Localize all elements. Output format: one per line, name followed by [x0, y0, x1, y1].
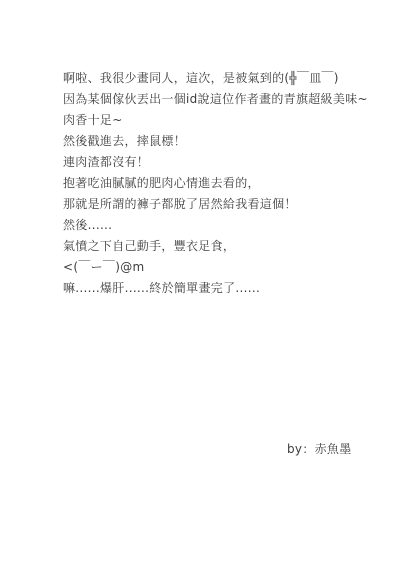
credit-byline: by：赤魚墨: [287, 441, 352, 458]
text-line: 因為某個傢伙丟出一個id說這位作者畫的青旗超級美味~: [63, 89, 368, 110]
text-line: 抱著吃油膩膩的肥肉心情進去看的，: [63, 173, 368, 194]
text-line: <(￣ー￣)@m: [63, 257, 368, 278]
text-line: 嘛......爆肝......終於簡單畫完了......: [63, 278, 368, 299]
text-line: 那就是所謂的褲子都脫了居然給我看這個！: [63, 194, 368, 215]
text-line: 啊啦、我很少畫同人，這次，是被氣到的(╬￣皿￣): [63, 68, 368, 89]
note-page: 啊啦、我很少畫同人，這次，是被氣到的(╬￣皿￣) 因為某個傢伙丟出一個id說這位…: [0, 0, 400, 566]
text-line: 連肉渣都沒有！: [63, 152, 368, 173]
note-text-block: 啊啦、我很少畫同人，這次，是被氣到的(╬￣皿￣) 因為某個傢伙丟出一個id說這位…: [63, 68, 368, 299]
text-line: 然後戳進去，摔鼠標！: [63, 131, 368, 152]
text-line: 氣憤之下自己動手，豐衣足食，: [63, 236, 368, 257]
text-line: 然後......: [63, 215, 368, 236]
text-line: 肉香十足~: [63, 110, 368, 131]
